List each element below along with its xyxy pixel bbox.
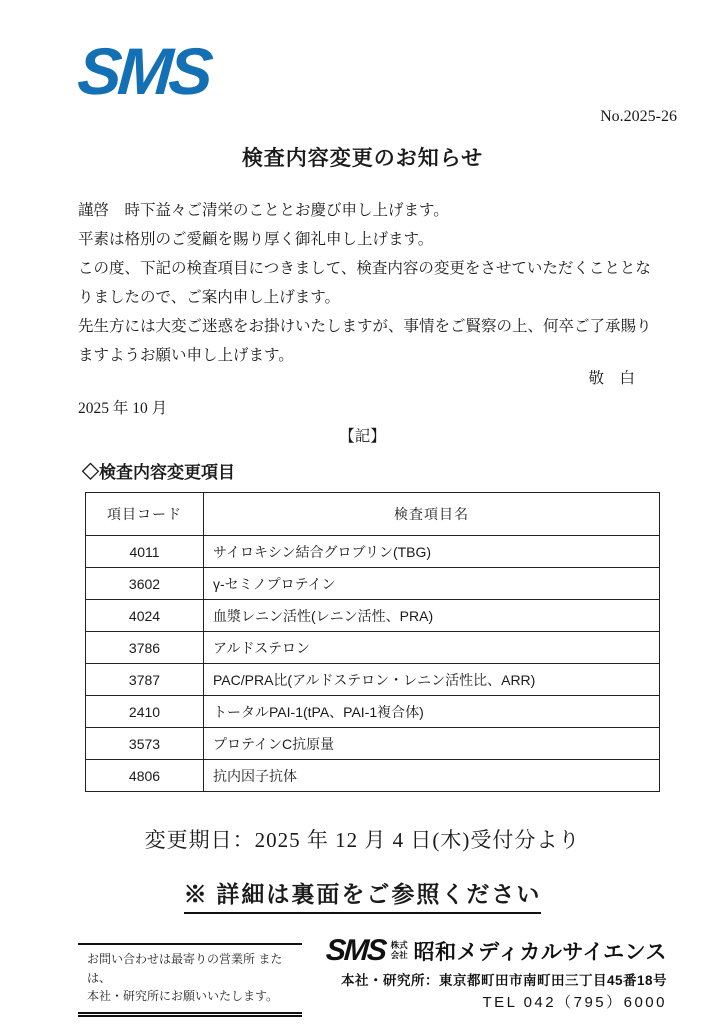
item-name: PAC/PRA比(アルドステロン・レニン活性比、ARR) (204, 664, 660, 696)
see-reverse-note: ※ 詳細は裏面をご参照ください (184, 876, 542, 914)
company-tel: TEL 042（795）6000 (326, 991, 667, 1012)
item-code: 3787 (86, 664, 204, 696)
section-heading: ◇検査内容変更項目 (82, 458, 235, 483)
ki-marker: 【記】 (0, 424, 725, 446)
company-prefix: 株式 会社 (391, 941, 408, 961)
company-block: SMS 株式 会社 昭和メディカルサイエンス 本社・研究所：東京都町田市南町田三… (326, 936, 667, 1012)
company-prefix-bottom: 会社 (391, 951, 408, 961)
table-row: 4011 サイロキシン結合グロブリン(TBG) (86, 536, 660, 568)
table-row: 3602 γ-セミノプロテイン (86, 568, 660, 600)
table-header-row: 項目コード 検査項目名 (86, 493, 660, 536)
item-name: γ-セミノプロテイン (204, 568, 660, 600)
change-items-table: 項目コード 検査項目名 4011 サイロキシン結合グロブリン(TBG) 3602… (85, 492, 660, 792)
contact-line: お問い合わせは最寄りの営業所 または、 (87, 950, 293, 987)
contact-line: 本社・研究所にお願いいたします。 (87, 987, 293, 1006)
closing-salutation: 敬 白 (78, 366, 635, 388)
sms-logo: SMS (76, 38, 212, 104)
change-effective-date: 変更期日：2025 年 12 月 4 日(木)受付分より (0, 824, 725, 854)
item-name: プロテインC抗原量 (204, 728, 660, 760)
table-row: 3573 プロテインC抗原量 (86, 728, 660, 760)
apology-paragraph: 先生方には大変ご迷惑をお掛けいたしますが、事情をご賢察の上、何卒ご了承賜りますよ… (78, 312, 660, 370)
header-item-name: 検査項目名 (204, 493, 660, 536)
table-row: 2410 トータルPAI-1(tPA、PAI-1複合体) (86, 696, 660, 728)
item-code: 4806 (86, 760, 204, 792)
item-code: 3573 (86, 728, 204, 760)
company-logo-row: SMS 株式 会社 昭和メディカルサイエンス (326, 936, 667, 966)
thanks-paragraph: 平素は格別のご愛顧を賜り厚く御礼申し上げます。 (78, 225, 660, 254)
company-name: 昭和メディカルサイエンス (414, 936, 667, 966)
announcement-paragraph: この度、下記の検査項目につきまして、検査内容の変更をさせていただくこととなりまし… (78, 254, 660, 312)
company-address: 本社・研究所：東京都町田市南町田三丁目45番18号 (326, 969, 667, 989)
sms-footer-logo: SMS (325, 936, 386, 966)
item-code: 3602 (86, 568, 204, 600)
contact-info-box: お問い合わせは最寄りの営業所 または、 本社・研究所にお願いいたします。 (78, 943, 302, 1017)
table-row: 4806 抗内因子抗体 (86, 760, 660, 792)
body-text: 謹啓 時下益々ご清栄のこととお慶び申し上げます。 平素は格別のご愛顧を賜り厚く御… (78, 196, 660, 370)
table-row: 3786 アルドステロン (86, 632, 660, 664)
document-page: SMS No.2025-26 検査内容変更のお知らせ 謹啓 時下益々ご清栄のこと… (0, 0, 725, 1024)
item-name: サイロキシン結合グロブリン(TBG) (204, 536, 660, 568)
item-code: 3786 (86, 632, 204, 664)
item-code: 4024 (86, 600, 204, 632)
item-name: トータルPAI-1(tPA、PAI-1複合体) (204, 696, 660, 728)
item-name: 血漿レニン活性(レニン活性、PRA) (204, 600, 660, 632)
greeting-paragraph: 謹啓 時下益々ご清栄のこととお慶び申し上げます。 (78, 196, 660, 225)
header-item-code: 項目コード (86, 493, 204, 536)
item-code: 2410 (86, 696, 204, 728)
issue-date: 2025 年 10 月 (78, 396, 167, 418)
item-name: 抗内因子抗体 (204, 760, 660, 792)
item-code: 4011 (86, 536, 204, 568)
table-row: 4024 血漿レニン活性(レニン活性、PRA) (86, 600, 660, 632)
document-number: No.2025-26 (600, 108, 677, 126)
detail-note-wrap: ※ 詳細は裏面をご参照ください (0, 876, 725, 914)
item-name: アルドステロン (204, 632, 660, 664)
table-row: 3787 PAC/PRA比(アルドステロン・レニン活性比、ARR) (86, 664, 660, 696)
page-title: 検査内容変更のお知らせ (0, 142, 725, 172)
